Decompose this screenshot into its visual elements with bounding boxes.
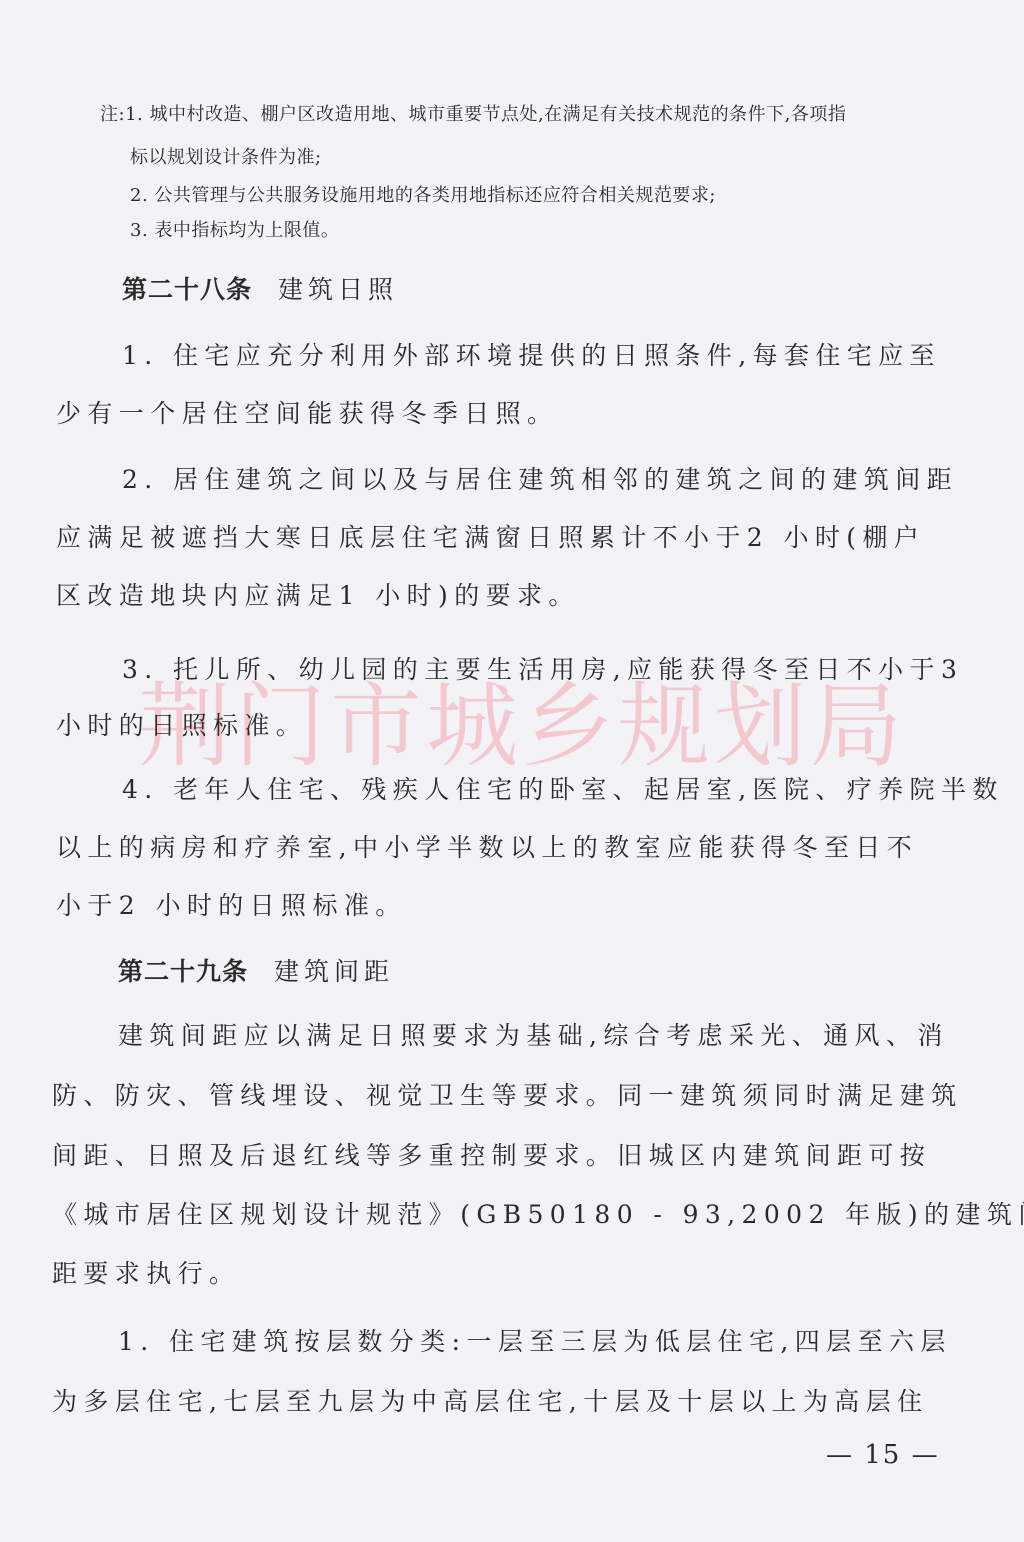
note-line-1: 注:1. 城中村改造、棚户区改造用地、城市重要节点处,在满足有关技术规范的条件下…: [100, 100, 846, 126]
paragraph-line: 3. 托儿所、幼儿园的主要生活用房,应能获得冬至日不小于3: [122, 650, 963, 686]
paragraph-line: 1. 住宅应充分利用外部环境提供的日照条件,每套住宅应至: [122, 336, 941, 372]
paragraph-line: 小时的日照标准。: [56, 706, 307, 742]
article-29-number: 第二十九条: [118, 957, 248, 986]
document-page: 荆门市城乡规划局 注:1. 城中村改造、棚户区改造用地、城市重要节点处,在满足有…: [0, 0, 1024, 1542]
paragraph-line: 以上的病房和疗养室,中小学半数以上的教室应能获得冬至日不: [56, 828, 918, 864]
paragraph-line: 距要求执行。: [52, 1254, 240, 1290]
paragraph-line: 少有一个居住空间能获得冬季日照。: [56, 394, 558, 430]
paragraph-line: 区改造地块内应满足1 小时)的要求。: [56, 576, 580, 612]
paragraph-line: 2. 居住建筑之间以及与居住建筑相邻的建筑之间的建筑间距: [122, 460, 958, 496]
paragraph-line: 为多层住宅,七层至九层为中高层住宅,十层及十层以上为高层住: [52, 1382, 929, 1418]
paragraph-line: 建筑间距应以满足日照要求为基础,综合考虑采光、通风、消: [118, 1016, 949, 1052]
paragraph-line: 1. 住宅建筑按层数分类:一层至三层为低层住宅,四层至六层: [118, 1322, 952, 1358]
page-number: — 15 —: [826, 1440, 940, 1470]
note-line-3: 3. 表中指标均为上限值。: [130, 216, 339, 242]
paragraph-line: 4. 老年人住宅、残疾人住宅的卧室、起居室,医院、疗养院半数: [122, 770, 1004, 806]
note-line-1-cont: 标以规划设计条件为准;: [130, 143, 322, 169]
paragraph-line: 防、防灾、管线埋设、视觉卫生等要求。同一建筑须同时满足建筑: [52, 1076, 963, 1112]
note-line-2: 2. 公共管理与公共服务设施用地的各类用地指标还应符合相关规范要求;: [130, 181, 716, 207]
paragraph-line: 小于2 小时的日照标准。: [56, 886, 407, 922]
article-28-heading: 第二十八条建筑日照: [122, 270, 398, 306]
article-29-title: 建筑间距: [274, 957, 394, 986]
paragraph-line: 间距、日照及后退红线等多重控制要求。旧城区内建筑间距可按: [52, 1136, 931, 1172]
paragraph-line: 应满足被遮挡大寒日底层住宅满窗日照累计不小于2 小时(棚户: [56, 518, 925, 554]
article-29-heading: 第二十九条建筑间距: [118, 952, 394, 988]
article-28-number: 第二十八条: [122, 275, 252, 304]
article-28-title: 建筑日照: [278, 275, 398, 304]
paragraph-line: 《城市居住区规划设计规范》(GB50180 - 93,2002 年版)的建筑间: [52, 1195, 1024, 1231]
